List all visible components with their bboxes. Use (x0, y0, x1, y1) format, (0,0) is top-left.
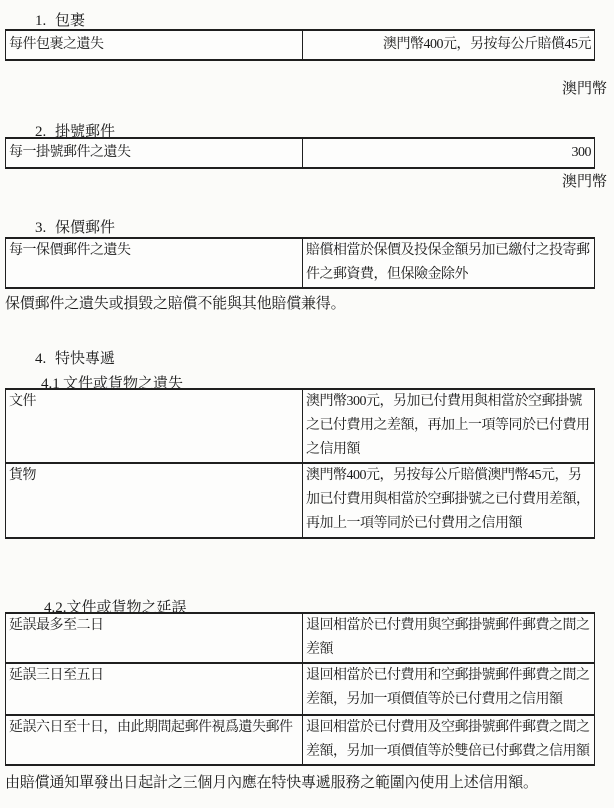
section-number: 1. (35, 13, 55, 30)
parcel-loss-table: 每件包裹之遺失 澳門幣400元，另按每公斤賠償45元 (5, 29, 595, 61)
value-cell: 退回相當於已付費用和空郵掛號郵件郵費之間之差額，另加一項價值等於已付費用之信用額 (303, 664, 594, 714)
item-cell: 文件 (6, 390, 303, 462)
value-cell: 退回相當於已付費用與空郵掛號郵件郵費之間之差額 (303, 614, 594, 662)
item-cell: 貨物 (6, 464, 303, 537)
document-page: 1.包裹 每件包裹之遺失 澳門幣400元，另按每公斤賠償45元 澳門幣 2.掛號… (0, 0, 614, 808)
table-row: 每一保價郵件之遺失 賠償相當於保價及投保金額另加已繳付之投寄郵件之郵資費，但保險… (6, 239, 594, 287)
section-number: 4. (35, 351, 55, 368)
express-delay-table: 延誤最多至二日 退回相當於已付費用與空郵掛號郵件郵費之間之差額 延誤三日至五日 … (5, 612, 595, 766)
currency-note: 澳門幣 (562, 170, 607, 191)
section-title: 保價郵件 (55, 220, 115, 236)
value-cell: 300 (303, 139, 594, 167)
table-row: 每一掛號郵件之遺失 300 (6, 139, 594, 167)
item-cell: 每件包裹之遺失 (6, 31, 303, 59)
section-title: 特快專遞 (55, 351, 115, 367)
currency-note: 澳門幣 (562, 77, 607, 98)
table-row: 延誤三日至五日 退回相當於已付費用和空郵掛號郵件郵費之間之差額，另加一項價值等於… (6, 662, 594, 714)
credit-usage-footer-note: 由賠償通知單發出日起計之三個月內應在特快專遞服務之範圍內使用上述信用額。 (5, 771, 538, 792)
table-row: 文件 澳門幣300元，另加已付費用與相當於空郵掛號之已付費用之差額，再加上一項等… (6, 390, 594, 462)
table-row: 延誤六日至十日，由此期間起郵件視爲遺失郵件 退回相當於已付費用及空郵掛號郵件郵費… (6, 714, 594, 764)
item-cell: 延誤最多至二日 (6, 614, 303, 662)
value-cell: 澳門幣400元，另按每公斤賠償澳門幣45元，另加已付費用與相當於空郵掛號之已付費… (303, 464, 594, 537)
insured-mail-table: 每一保價郵件之遺失 賠償相當於保價及投保金額另加已繳付之投寄郵件之郵資費，但保險… (5, 237, 595, 289)
item-cell: 延誤六日至十日，由此期間起郵件視爲遺失郵件 (6, 716, 303, 764)
express-loss-table: 文件 澳門幣300元，另加已付費用與相當於空郵掛號之已付費用之差額，再加上一項等… (5, 388, 595, 539)
item-cell: 每一掛號郵件之遺失 (6, 139, 303, 167)
table-row: 每件包裹之遺失 澳門幣400元，另按每公斤賠償45元 (6, 31, 594, 59)
item-cell: 每一保價郵件之遺失 (6, 239, 303, 287)
value-cell: 賠償相當於保價及投保金額另加已繳付之投寄郵件之郵資費，但保險金除外 (303, 239, 594, 287)
table-row: 延誤最多至二日 退回相當於已付費用與空郵掛號郵件郵費之間之差額 (6, 614, 594, 662)
section-number: 3. (35, 220, 55, 237)
value-cell: 退回相當於已付費用及空郵掛號郵件郵費之間之差額，另加一項價值等於雙倍已付郵費之信… (303, 716, 594, 764)
section-heading-insured: 3.保價郵件 (35, 216, 115, 237)
section-title: 包裹 (55, 13, 85, 29)
value-cell: 澳門幣300元，另加已付費用與相當於空郵掛號之已付費用之差額，再加上一項等同於已… (303, 390, 594, 462)
section-heading-parcel: 1.包裹 (35, 9, 85, 30)
insured-mail-note: 保價郵件之遺失或損毀之賠償不能與其他賠償兼得。 (5, 292, 345, 313)
value-cell: 澳門幣400元，另按每公斤賠償45元 (303, 31, 594, 59)
section-heading-express: 4.特快專遞 (35, 347, 115, 368)
item-cell: 延誤三日至五日 (6, 664, 303, 714)
table-row: 貨物 澳門幣400元，另按每公斤賠償澳門幣45元，另加已付費用與相當於空郵掛號之… (6, 462, 594, 537)
registered-mail-table: 每一掛號郵件之遺失 300 (5, 137, 595, 169)
